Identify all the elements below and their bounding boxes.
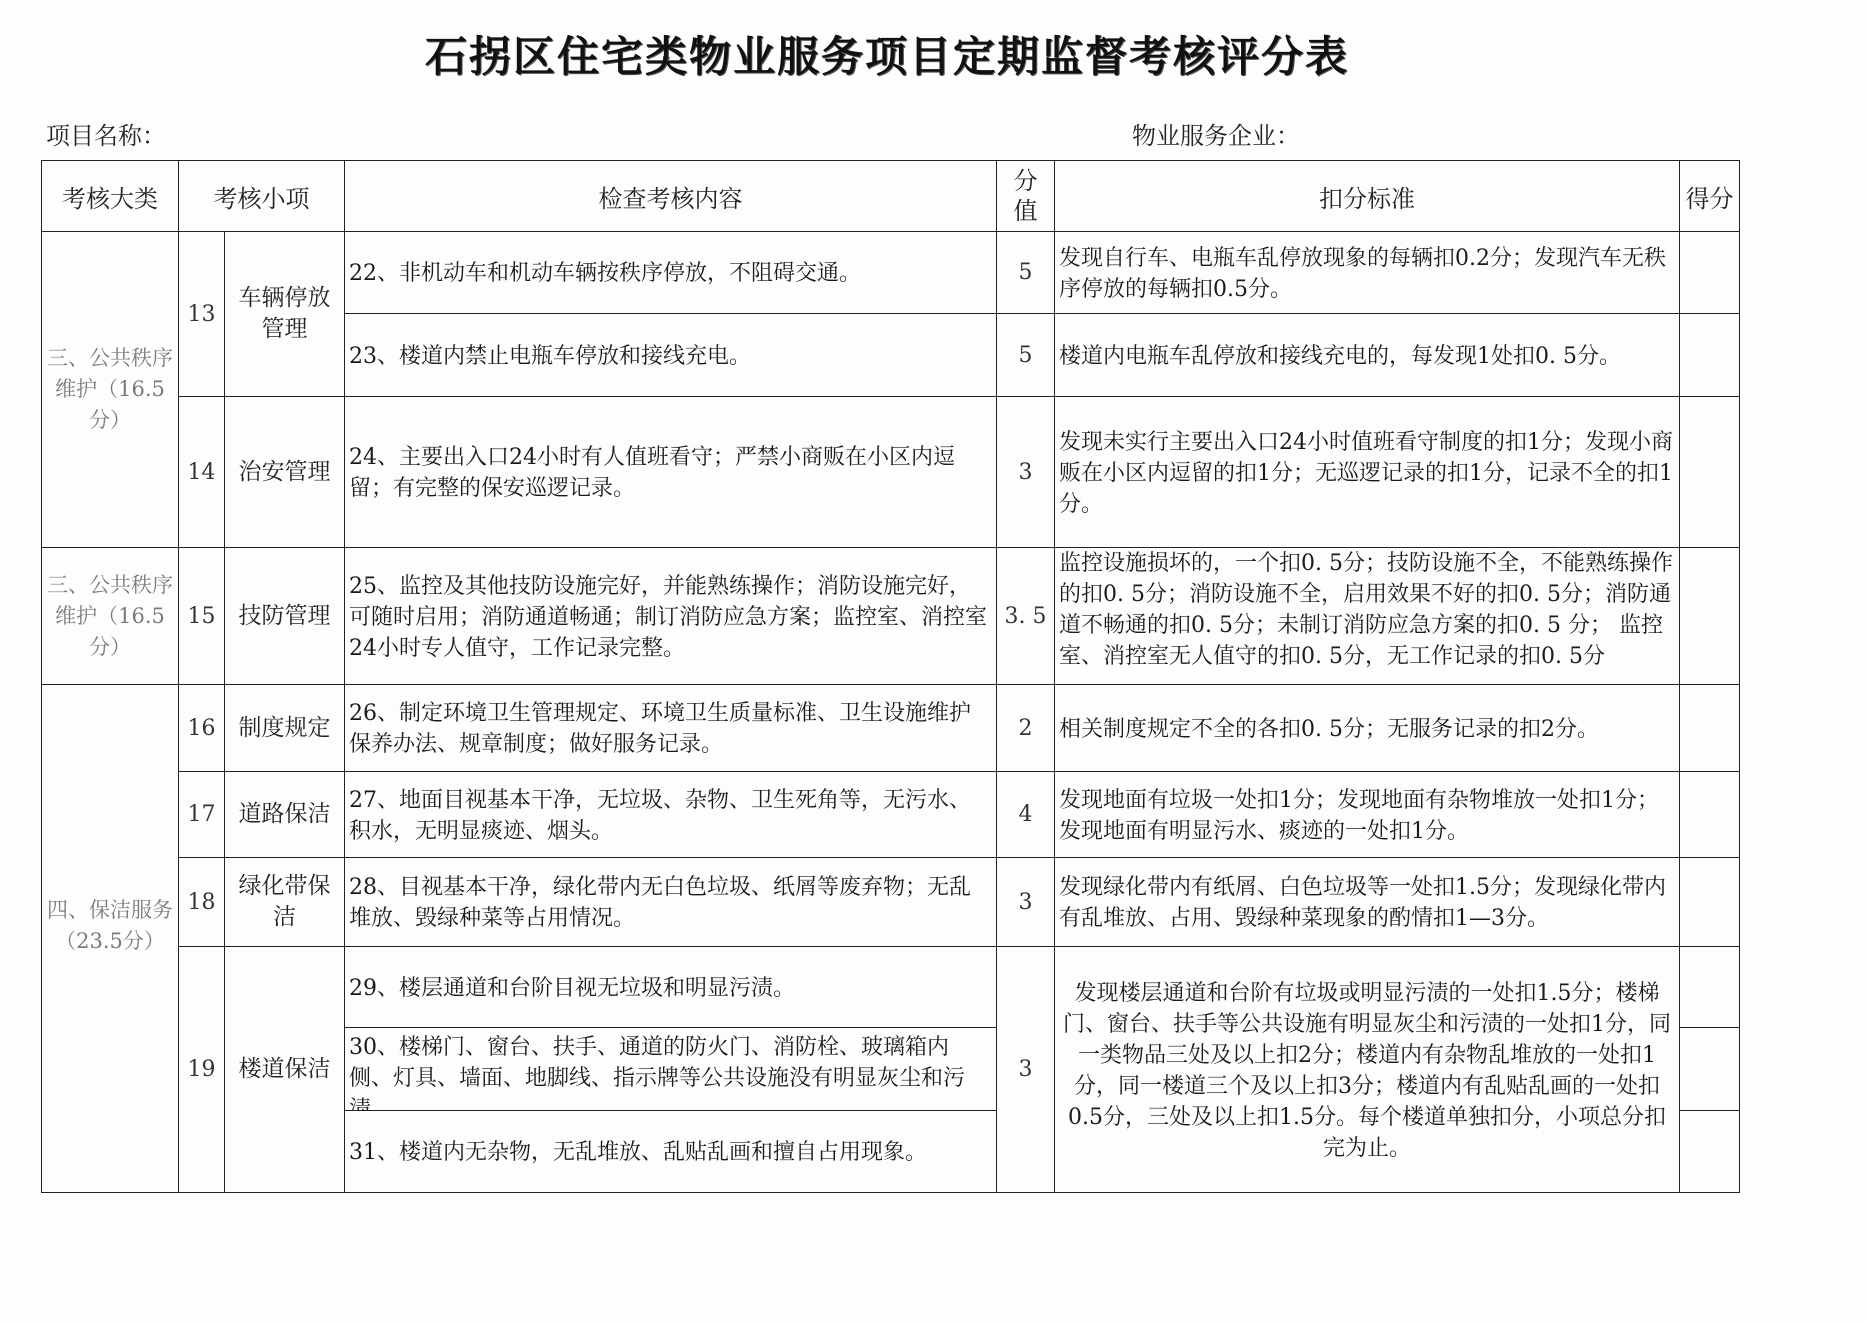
sub-item-number: 18	[178, 857, 225, 947]
points-cell: 3	[996, 946, 1055, 1193]
content-cell: 29、楼层通道和台阶目视无垃圾和明显污渍。	[344, 946, 997, 1028]
score-input[interactable]	[1679, 1027, 1740, 1111]
sub-item-name: 治安管理	[224, 396, 345, 548]
sub-item-name: 车辆停放管理	[224, 231, 345, 397]
content-cell: 28、目视基本干净，绿化带内无白色垃圾、纸屑等废弃物；无乱堆放、毁绿种菜等占用情…	[344, 857, 997, 947]
header-sub-item: 考核小项	[178, 160, 345, 232]
header-points: 分值	[996, 160, 1055, 232]
score-input[interactable]	[1679, 313, 1740, 397]
standard-cell: 发现绿化带内有纸屑、白色垃圾等一处扣1.5分；发现绿化带内有乱堆放、占用、毁绿种…	[1054, 857, 1680, 947]
sub-item-number: 14	[178, 396, 225, 548]
category-public-order-continued: 三、公共秩序维护（16.5分）	[41, 547, 179, 685]
sub-item-name: 制度规定	[224, 684, 345, 772]
points-cell: 3	[996, 857, 1055, 947]
sub-item-number: 16	[178, 684, 225, 772]
sub-item-number: 19	[178, 946, 225, 1193]
standard-cell: 发现楼层通道和台阶有垃圾或明显污渍的一处扣1.5分；楼梯门、窗台、扶手等公共设施…	[1054, 946, 1680, 1193]
content-cell: 30、楼梯门、窗台、扶手、通道的防火门、消防栓、玻璃箱内侧、灯具、墙面、地脚线、…	[344, 1027, 997, 1111]
points-cell: 5	[996, 313, 1055, 397]
category-cleaning: 四、保洁服务（23.5分）	[41, 684, 179, 1193]
points-cell: 3. 5	[996, 547, 1055, 685]
sub-item-name: 绿化带保洁	[224, 857, 345, 947]
page-title: 石拐区住宅类物业服务项目定期监督考核评分表	[0, 24, 1869, 84]
content-cell: 23、楼道内禁止电瓶车停放和接线充电。	[344, 313, 997, 397]
sub-item-number: 15	[178, 547, 225, 685]
points-cell: 5	[996, 231, 1055, 314]
score-input[interactable]	[1679, 771, 1740, 858]
score-input[interactable]	[1679, 946, 1740, 1028]
standard-cell: 发现地面有垃圾一处扣1分；发现地面有杂物堆放一处扣1分；发现地面有明显污水、痰迹…	[1054, 771, 1680, 858]
points-cell: 2	[996, 684, 1055, 772]
sub-item-name: 道路保洁	[224, 771, 345, 858]
header-score: 得分	[1679, 160, 1740, 232]
sub-item-name: 技防管理	[224, 547, 345, 685]
content-cell: 22、非机动车和机动车辆按秩序停放，不阻碍交通。	[344, 231, 997, 314]
score-input[interactable]	[1679, 231, 1740, 314]
header-content: 检查考核内容	[344, 160, 997, 232]
content-cell: 24、主要出入口24小时有人值班看守；严禁小商贩在小区内逗留；有完整的保安巡逻记…	[344, 396, 997, 548]
header-standard: 扣分标准	[1054, 160, 1680, 232]
score-input[interactable]	[1679, 396, 1740, 548]
header-category: 考核大类	[41, 160, 179, 232]
sub-item-name: 楼道保洁	[224, 946, 345, 1193]
assessment-table: 考核大类 考核小项 检查考核内容 分值 扣分标准 得分 三、公共秩序维护（16.…	[41, 160, 1740, 1193]
standard-cell: 楼道内电瓶车乱停放和接线充电的，每发现1处扣0. 5分。	[1054, 313, 1680, 397]
standard-cell: 发现未实行主要出入口24小时值班看守制度的扣1分；发现小商贩在小区内逗留的扣1分…	[1054, 396, 1680, 548]
standard-cell: 相关制度规定不全的各扣0. 5分；无服务记录的扣2分。	[1054, 684, 1680, 772]
score-input[interactable]	[1679, 857, 1740, 947]
company-label: 物业服务企业：	[1132, 116, 1300, 151]
points-cell: 3	[996, 396, 1055, 548]
score-input[interactable]	[1679, 547, 1740, 685]
sub-item-number: 17	[178, 771, 225, 858]
content-cell: 26、制定环境卫生管理规定、环境卫生质量标准、卫生设施维护保养办法、规章制度；做…	[344, 684, 997, 772]
points-cell: 4	[996, 771, 1055, 858]
content-cell: 25、监控及其他技防设施完好，并能熟练操作；消防设施完好，可随时启用；消防通道畅…	[344, 547, 997, 685]
standard-cell: 发现自行车、电瓶车乱停放现象的每辆扣0.2分；发现汽车无秩序停放的每辆扣0.5分…	[1054, 231, 1680, 314]
standard-cell: 监控设施损坏的，一个扣0. 5分；技防设施不全，不能熟练操作的扣0. 5分；消防…	[1054, 547, 1680, 685]
sub-item-number: 13	[178, 231, 225, 397]
project-name-label: 项目名称：	[46, 116, 166, 151]
content-cell: 31、楼道内无杂物，无乱堆放、乱贴乱画和擅自占用现象。	[344, 1110, 997, 1193]
category-public-order: 三、公共秩序维护（16.5分）	[41, 231, 179, 548]
score-input[interactable]	[1679, 1110, 1740, 1193]
score-input[interactable]	[1679, 684, 1740, 772]
content-cell: 27、地面目视基本干净，无垃圾、杂物、卫生死角等，无污水、积水，无明显痰迹、烟头…	[344, 771, 997, 858]
